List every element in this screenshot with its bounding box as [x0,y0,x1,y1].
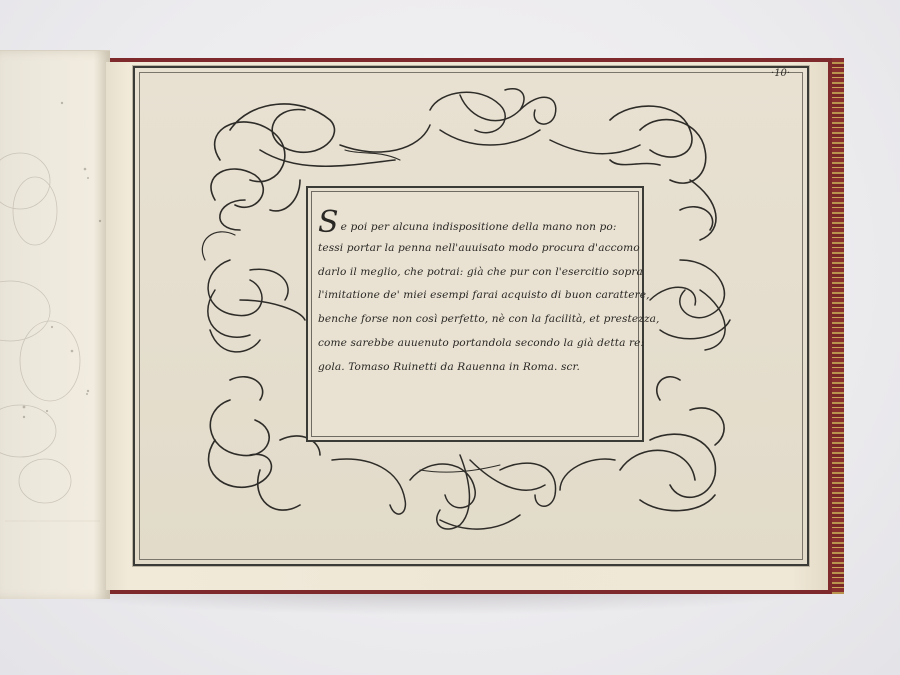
gilt-fore-edge [832,58,844,594]
text-line-6: come sarebbe auuenuto portandola secondo… [318,332,634,356]
text-line-2: tessi portar la penna nell'auuisato modo… [318,237,634,261]
calligraphic-text: Se poi per alcuna indispositione della m… [318,213,634,380]
show-through-flourish [0,51,110,599]
text-line-1-content: e poi per alcuna indispositione della ma… [341,221,617,233]
text-line-3: darlo il meglio, che potrai: già che pur… [318,261,634,285]
decorated-initial: S [318,205,339,240]
text-line-5: benche forse non così perfetto, nè con l… [318,308,634,332]
text-line-4: l'imitatione de' miei esempi farai acqui… [318,284,634,308]
left-page-verso [0,50,110,599]
page-number: ·10· [771,68,790,79]
open-book: ·10· [0,0,900,675]
text-line-1: Se poi per alcuna indispositione della m… [318,213,634,237]
page-number-value: 10 [774,68,787,79]
text-line-7-signature: gola. Tomaso Ruinetti da Rauenna in Roma… [318,356,634,380]
